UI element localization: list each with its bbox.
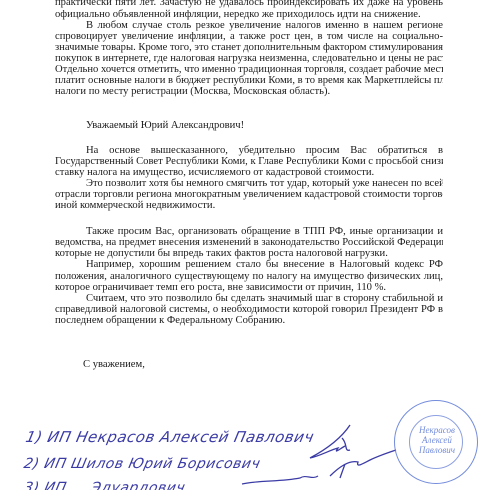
text-line: Государственный Совет Республики Коми, к… [55,156,443,167]
salutation: Уважаемый Юрий Александрович! [86,120,244,131]
text-line: которые не допустили бы впредь таких фак… [55,248,443,259]
text-line: последнем обращении к Федеральному Собра… [55,315,443,326]
stamp-line: Алексей [395,435,479,445]
text-line: официально объявленной инфляции, нередко… [55,9,443,20]
text-line: Также просим Вас, организовать обращение… [86,226,443,237]
closing: С уважением, [83,359,145,370]
text-line: Считаем, что это позволило бы сделать зн… [86,293,443,304]
text-line: ставку налога на имущество, исчисляемого… [55,167,443,178]
text-line: практически пяти лет. Зачастую не удавал… [55,0,443,8]
text-line: которое ограничивает темп его роста, вне… [55,282,443,293]
text-line: положения, аналогичного существующему по… [55,271,443,282]
signature-line-2: 2) ИП Шилов Юрий Борисович [22,456,262,472]
text-line: Это позволит хотя бы немного смягчить то… [86,178,443,189]
text-line: На основе вышесказанного, убедительно пр… [86,145,443,156]
stamp-line: Павлович [395,445,479,455]
text-line: Отдельно хочется отметить, что именно тр… [55,64,443,75]
text-line: Например, хорошим решением стало бы внес… [86,259,443,270]
text-line: иной коммерческой недвижимости. [55,200,443,211]
text-line: налоги по месту регистрации (Москва, Мос… [55,86,443,97]
stamp-center-text: Некрасов Алексей Павлович [395,425,479,455]
text-line: значимые товары. Кроме того, это станет … [55,42,443,53]
stamp-line: Некрасов [395,425,479,435]
signature-line-3: 3) ИП ... Эдуардович [22,480,187,490]
signature-line-1: 1) ИП Некрасов Алексей Павлович [24,428,316,446]
letter-page: практически пяти лет. Зачастую не удавал… [0,0,490,490]
signature-scribble-2 [240,472,320,490]
text-line: справедливой налоговой системы, о необхо… [55,304,443,315]
text-line: ведомства, на предмет внесения изменений… [55,237,443,248]
text-line: отрасли торговли региона многократным ув… [55,189,443,200]
organization-stamp: Некрасов Алексей Павлович [394,400,478,484]
text-line: платит основные налоги в бюджет республи… [55,75,443,86]
text-line: спровоцирует увеличение инфляции, а такж… [55,31,443,42]
text-line: В любом случае столь резкое увеличение н… [86,20,443,31]
text-line: покупок в интернете, где налоговая нагру… [55,53,443,64]
